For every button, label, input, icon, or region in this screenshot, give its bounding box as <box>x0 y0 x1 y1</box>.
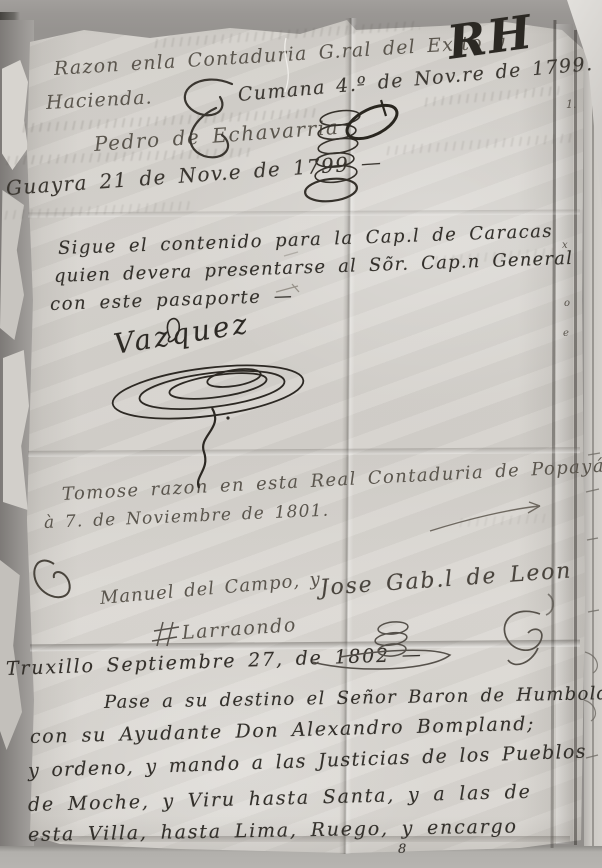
torn-page-edge <box>0 190 24 340</box>
catchword-numeral: 8 <box>398 842 406 857</box>
torn-page-edge <box>2 60 28 170</box>
underlying-page-crease <box>592 0 594 868</box>
margin-mark: o <box>564 298 570 309</box>
margin-mark: 1. <box>566 98 577 111</box>
torn-page-edge <box>0 560 22 750</box>
manuscript-photo: Razon enla Contaduria G.ral del Ex.to y … <box>0 0 602 868</box>
torn-page-edge <box>3 350 29 510</box>
margin-mark: x <box>562 240 568 251</box>
margin-mark: e <box>563 328 569 339</box>
